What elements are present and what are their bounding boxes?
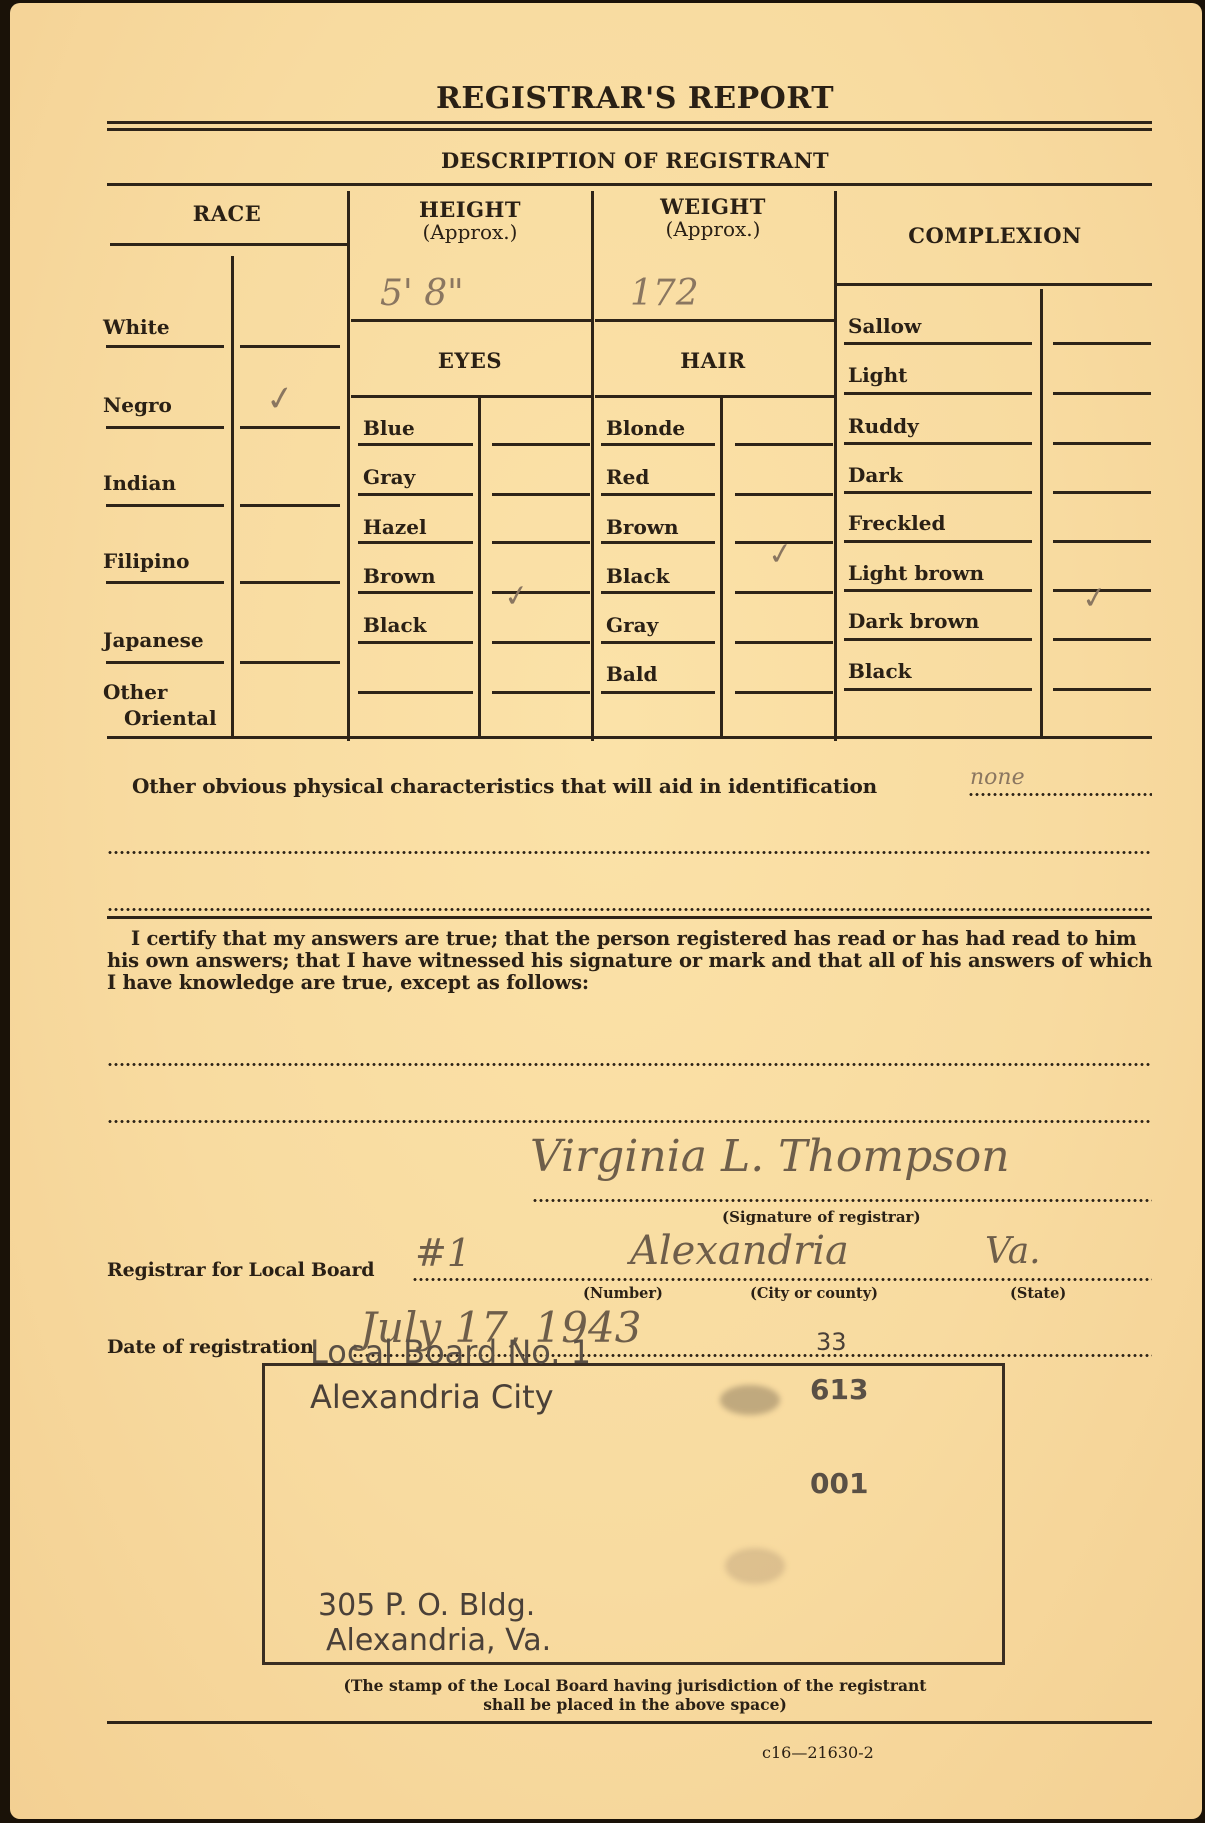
race-checkbox-negro[interactable] bbox=[240, 426, 340, 429]
date-of-registration-label: Date of registration bbox=[107, 1336, 314, 1358]
race-option-indian: Indian bbox=[103, 471, 176, 495]
race-negro-check-mark: ✓ bbox=[263, 377, 297, 421]
complexion-checkbox-light[interactable] bbox=[1053, 392, 1151, 395]
local-board-number[interactable]: #1 bbox=[415, 1231, 471, 1275]
complexion-dark-brown-check-mark: ✓ bbox=[1080, 579, 1110, 617]
hair-option-brown: Brown bbox=[606, 515, 679, 539]
row-rule bbox=[601, 591, 715, 594]
eyes-checkbox-blank[interactable] bbox=[492, 691, 590, 694]
weight-header-sub: (Approx.) bbox=[592, 218, 834, 240]
section-divider-rule bbox=[107, 916, 1152, 919]
form-number: c16—21630-2 bbox=[762, 1743, 874, 1762]
row-rule bbox=[844, 540, 1032, 543]
row-rule bbox=[844, 392, 1032, 395]
eyes-black-check-mark: ✓ bbox=[502, 577, 532, 615]
ink-smudge bbox=[720, 1385, 780, 1415]
race-checkbox-white bbox=[240, 345, 340, 348]
table-top-rule bbox=[107, 183, 1152, 186]
height-header-sub: (Approx.) bbox=[349, 221, 591, 243]
section-title: DESCRIPTION OF REGISTRANT bbox=[10, 148, 1205, 173]
complexion-option-ruddy: Ruddy bbox=[848, 414, 919, 438]
race-option-negro: Negro bbox=[103, 393, 172, 417]
draft-card: REGISTRAR'S REPORT DESCRIPTION OF REGIST… bbox=[10, 3, 1202, 1819]
row-rule bbox=[106, 661, 224, 664]
hair-black-check-mark: ✓ bbox=[766, 535, 796, 573]
height-header: HEIGHT (Approx.) bbox=[349, 199, 591, 243]
local-board-city[interactable]: Alexandria bbox=[630, 1228, 849, 1274]
height-header-label: HEIGHT bbox=[349, 199, 591, 221]
row-rule bbox=[358, 591, 473, 594]
weight-value[interactable]: 172 bbox=[630, 273, 699, 314]
complexion-checkbox-black[interactable] bbox=[1053, 688, 1151, 691]
hair-checkbox-black[interactable] bbox=[735, 591, 833, 594]
complexion-header: COMPLEXION bbox=[835, 225, 1155, 247]
race-option-white: White bbox=[103, 315, 170, 339]
row-rule bbox=[358, 541, 473, 544]
stamp-caption-line2: shall be placed in the above space) bbox=[10, 1695, 1205, 1714]
row-rule bbox=[106, 426, 224, 429]
row-rule bbox=[601, 691, 715, 694]
eyes-check-divider bbox=[478, 398, 481, 738]
ink-smudge bbox=[725, 1548, 785, 1584]
race-option-filipino: Filipino bbox=[103, 549, 189, 573]
row-rule bbox=[106, 504, 224, 507]
hair-checkbox-gray[interactable] bbox=[735, 641, 833, 644]
eyes-header-rule bbox=[351, 395, 591, 398]
hair-option-blonde: Blonde bbox=[606, 416, 685, 440]
hair-check-divider bbox=[720, 398, 723, 738]
complexion-checkbox-dark[interactable] bbox=[1053, 491, 1151, 494]
height-value-rule bbox=[351, 319, 591, 322]
hair-checkbox-blonde[interactable] bbox=[735, 443, 833, 446]
date-stamp-number: 33 bbox=[816, 1328, 847, 1356]
other-characteristics-line-3[interactable] bbox=[107, 908, 1152, 911]
race-option-japanese: Japanese bbox=[103, 628, 204, 652]
row-rule bbox=[601, 493, 715, 496]
complexion-option-dark-brown: Dark brown bbox=[848, 609, 979, 633]
row-rule bbox=[844, 342, 1032, 345]
stamp-caption-line1: (The stamp of the Local Board having jur… bbox=[10, 1676, 1205, 1695]
eyes-checkbox-gray[interactable] bbox=[492, 493, 590, 496]
eyes-header: EYES bbox=[349, 350, 591, 372]
complexion-checkbox-sallow[interactable] bbox=[1053, 342, 1151, 345]
eyes-checkbox-blue[interactable] bbox=[492, 443, 590, 446]
stamp-address-line2: Alexandria, Va. bbox=[326, 1623, 551, 1658]
row-rule bbox=[601, 443, 715, 446]
bottom-rule bbox=[107, 1721, 1152, 1724]
eyes-option-gray: Gray bbox=[363, 465, 415, 489]
race-option-other-line1: Other bbox=[103, 680, 167, 704]
page-title: REGISTRAR'S REPORT bbox=[10, 81, 1205, 116]
race-checkbox-indian[interactable] bbox=[240, 504, 340, 507]
local-board-state[interactable]: Va. bbox=[985, 1231, 1041, 1272]
complexion-option-dark: Dark bbox=[848, 463, 903, 487]
eyes-option-hazel: Hazel bbox=[363, 515, 427, 539]
complexion-option-light-brown: Light brown bbox=[848, 561, 984, 585]
row-rule bbox=[844, 638, 1032, 641]
exceptions-line-2[interactable] bbox=[107, 1120, 1152, 1123]
height-value[interactable]: 5' 8" bbox=[380, 273, 464, 314]
race-option-other-line2: Oriental bbox=[124, 706, 217, 730]
complexion-check-divider bbox=[1040, 289, 1043, 738]
complexion-option-freckled: Freckled bbox=[848, 511, 945, 535]
other-characteristics-label: Other obvious physical characteristics t… bbox=[132, 775, 877, 797]
row-rule bbox=[358, 443, 473, 446]
stamp-line-local-board: Local Board No. 1 bbox=[310, 1333, 591, 1371]
weight-header: WEIGHT (Approx.) bbox=[592, 196, 834, 240]
race-header-rule bbox=[110, 243, 347, 246]
divider-height-weight bbox=[591, 191, 594, 741]
row-rule bbox=[106, 345, 224, 348]
race-checkbox-filipino[interactable] bbox=[240, 581, 340, 584]
certification-text: I certify that my answers are true; that… bbox=[107, 928, 1157, 994]
divider-weight-complexion bbox=[834, 191, 837, 741]
race-header: RACE bbox=[107, 203, 347, 225]
hair-option-black: Black bbox=[606, 564, 670, 588]
hair-checkbox-bald[interactable] bbox=[735, 691, 833, 694]
eyes-checkbox-hazel[interactable] bbox=[492, 541, 590, 544]
race-checkbox-japanese[interactable] bbox=[240, 661, 340, 664]
row-rule bbox=[358, 691, 473, 694]
caption-number: (Number) bbox=[583, 1285, 663, 1302]
other-characteristics-field[interactable] bbox=[968, 793, 1152, 796]
row-rule bbox=[844, 589, 1032, 592]
row-rule bbox=[358, 641, 473, 644]
registrar-signature[interactable]: Virginia L. Thompson bbox=[530, 1131, 1010, 1182]
hair-option-red: Red bbox=[606, 465, 649, 489]
local-board-label: Registrar for Local Board bbox=[107, 1259, 374, 1281]
weight-value-rule bbox=[595, 319, 834, 322]
other-characteristics-line-2[interactable] bbox=[107, 851, 1152, 854]
row-rule bbox=[844, 688, 1032, 691]
stamp-code-001: 001 bbox=[810, 1467, 868, 1500]
hair-header: HAIR bbox=[592, 350, 834, 372]
row-rule bbox=[358, 493, 473, 496]
complexion-option-black: Black bbox=[848, 659, 912, 683]
stamp-line-city: Alexandria City bbox=[310, 1378, 554, 1416]
hair-option-gray: Gray bbox=[606, 613, 658, 637]
complexion-option-light: Light bbox=[848, 363, 907, 387]
row-rule bbox=[844, 442, 1032, 445]
row-rule bbox=[106, 581, 224, 584]
complexion-header-rule bbox=[837, 283, 1152, 286]
stamp-address-line1: 305 P. O. Bldg. bbox=[318, 1588, 535, 1623]
weight-header-label: WEIGHT bbox=[592, 196, 834, 218]
hair-header-rule bbox=[595, 395, 834, 398]
table-bottom-rule bbox=[107, 736, 1152, 739]
complexion-checkbox-freckled[interactable] bbox=[1053, 540, 1151, 543]
exceptions-line-1[interactable] bbox=[107, 1063, 1152, 1066]
title-rule-top bbox=[107, 121, 1152, 124]
signature-line[interactable] bbox=[532, 1199, 1152, 1202]
race-check-divider bbox=[231, 256, 234, 738]
complexion-option-sallow: Sallow bbox=[848, 314, 921, 338]
complexion-checkbox-ruddy[interactable] bbox=[1053, 442, 1151, 445]
caption-city-or-county: (City or county) bbox=[750, 1285, 878, 1302]
row-rule bbox=[844, 491, 1032, 494]
divider-race-height bbox=[347, 191, 350, 741]
hair-option-bald: Bald bbox=[606, 662, 657, 686]
row-rule bbox=[601, 641, 715, 644]
row-rule bbox=[601, 541, 715, 544]
eyes-checkbox-black[interactable] bbox=[492, 641, 590, 644]
eyes-option-blue: Blue bbox=[363, 416, 415, 440]
stamp-code-613: 613 bbox=[810, 1373, 868, 1406]
complexion-checkbox-dark-brown[interactable] bbox=[1053, 638, 1151, 641]
local-board-line[interactable] bbox=[412, 1278, 1152, 1281]
title-rule-bottom bbox=[107, 128, 1152, 131]
other-characteristics-value[interactable]: none bbox=[970, 765, 1025, 790]
signature-caption: (Signature of registrar) bbox=[722, 1208, 921, 1226]
eyes-option-black: Black bbox=[363, 613, 427, 637]
caption-state: (State) bbox=[1010, 1285, 1066, 1302]
eyes-option-brown: Brown bbox=[363, 564, 436, 588]
hair-checkbox-red[interactable] bbox=[735, 493, 833, 496]
